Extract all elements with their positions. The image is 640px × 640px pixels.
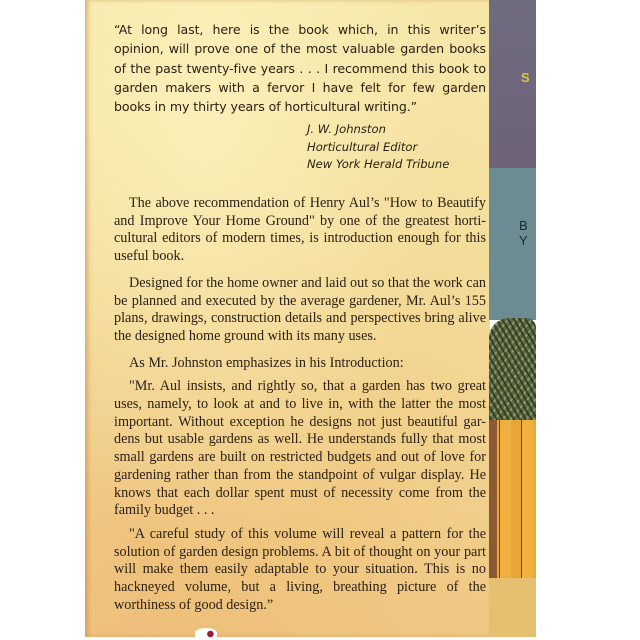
cover-letter: S (521, 70, 530, 85)
cover-teal-band (489, 168, 536, 320)
blurb-paragraph: As Mr. Johnston emphasizes in his Introd… (114, 355, 486, 373)
blurb-body: The above recommendation of Henry Aul’s … (114, 195, 486, 623)
front-cover-edge: S B Y (489, 0, 536, 637)
attribution-publication: New York Herald Tribune (307, 156, 449, 174)
blurb-paragraph: "Mr. Aul insists, and rightly so, that a… (114, 378, 486, 520)
ground-illustration (489, 578, 536, 637)
blurb-paragraph: Designed for the home owner and laid out… (114, 275, 486, 346)
fence-post (489, 420, 497, 580)
flower-illustration-fragment (195, 628, 217, 638)
attribution-title: Horticultural Editor (307, 139, 449, 157)
cover-letter: B (519, 218, 528, 233)
quote-attribution: J. W. Johnston Horticultural Editor New … (307, 121, 449, 174)
attribution-name: J. W. Johnston (307, 121, 449, 139)
blurb-paragraph: "A careful study of this volume will rev… (114, 526, 486, 615)
blurb-paragraph: The above recommendation of Henry Aul’s … (114, 195, 486, 266)
tree-illustration (489, 318, 536, 428)
review-quote: “At long last, here is the book which, i… (114, 20, 486, 116)
cover-letter: Y (519, 233, 528, 248)
